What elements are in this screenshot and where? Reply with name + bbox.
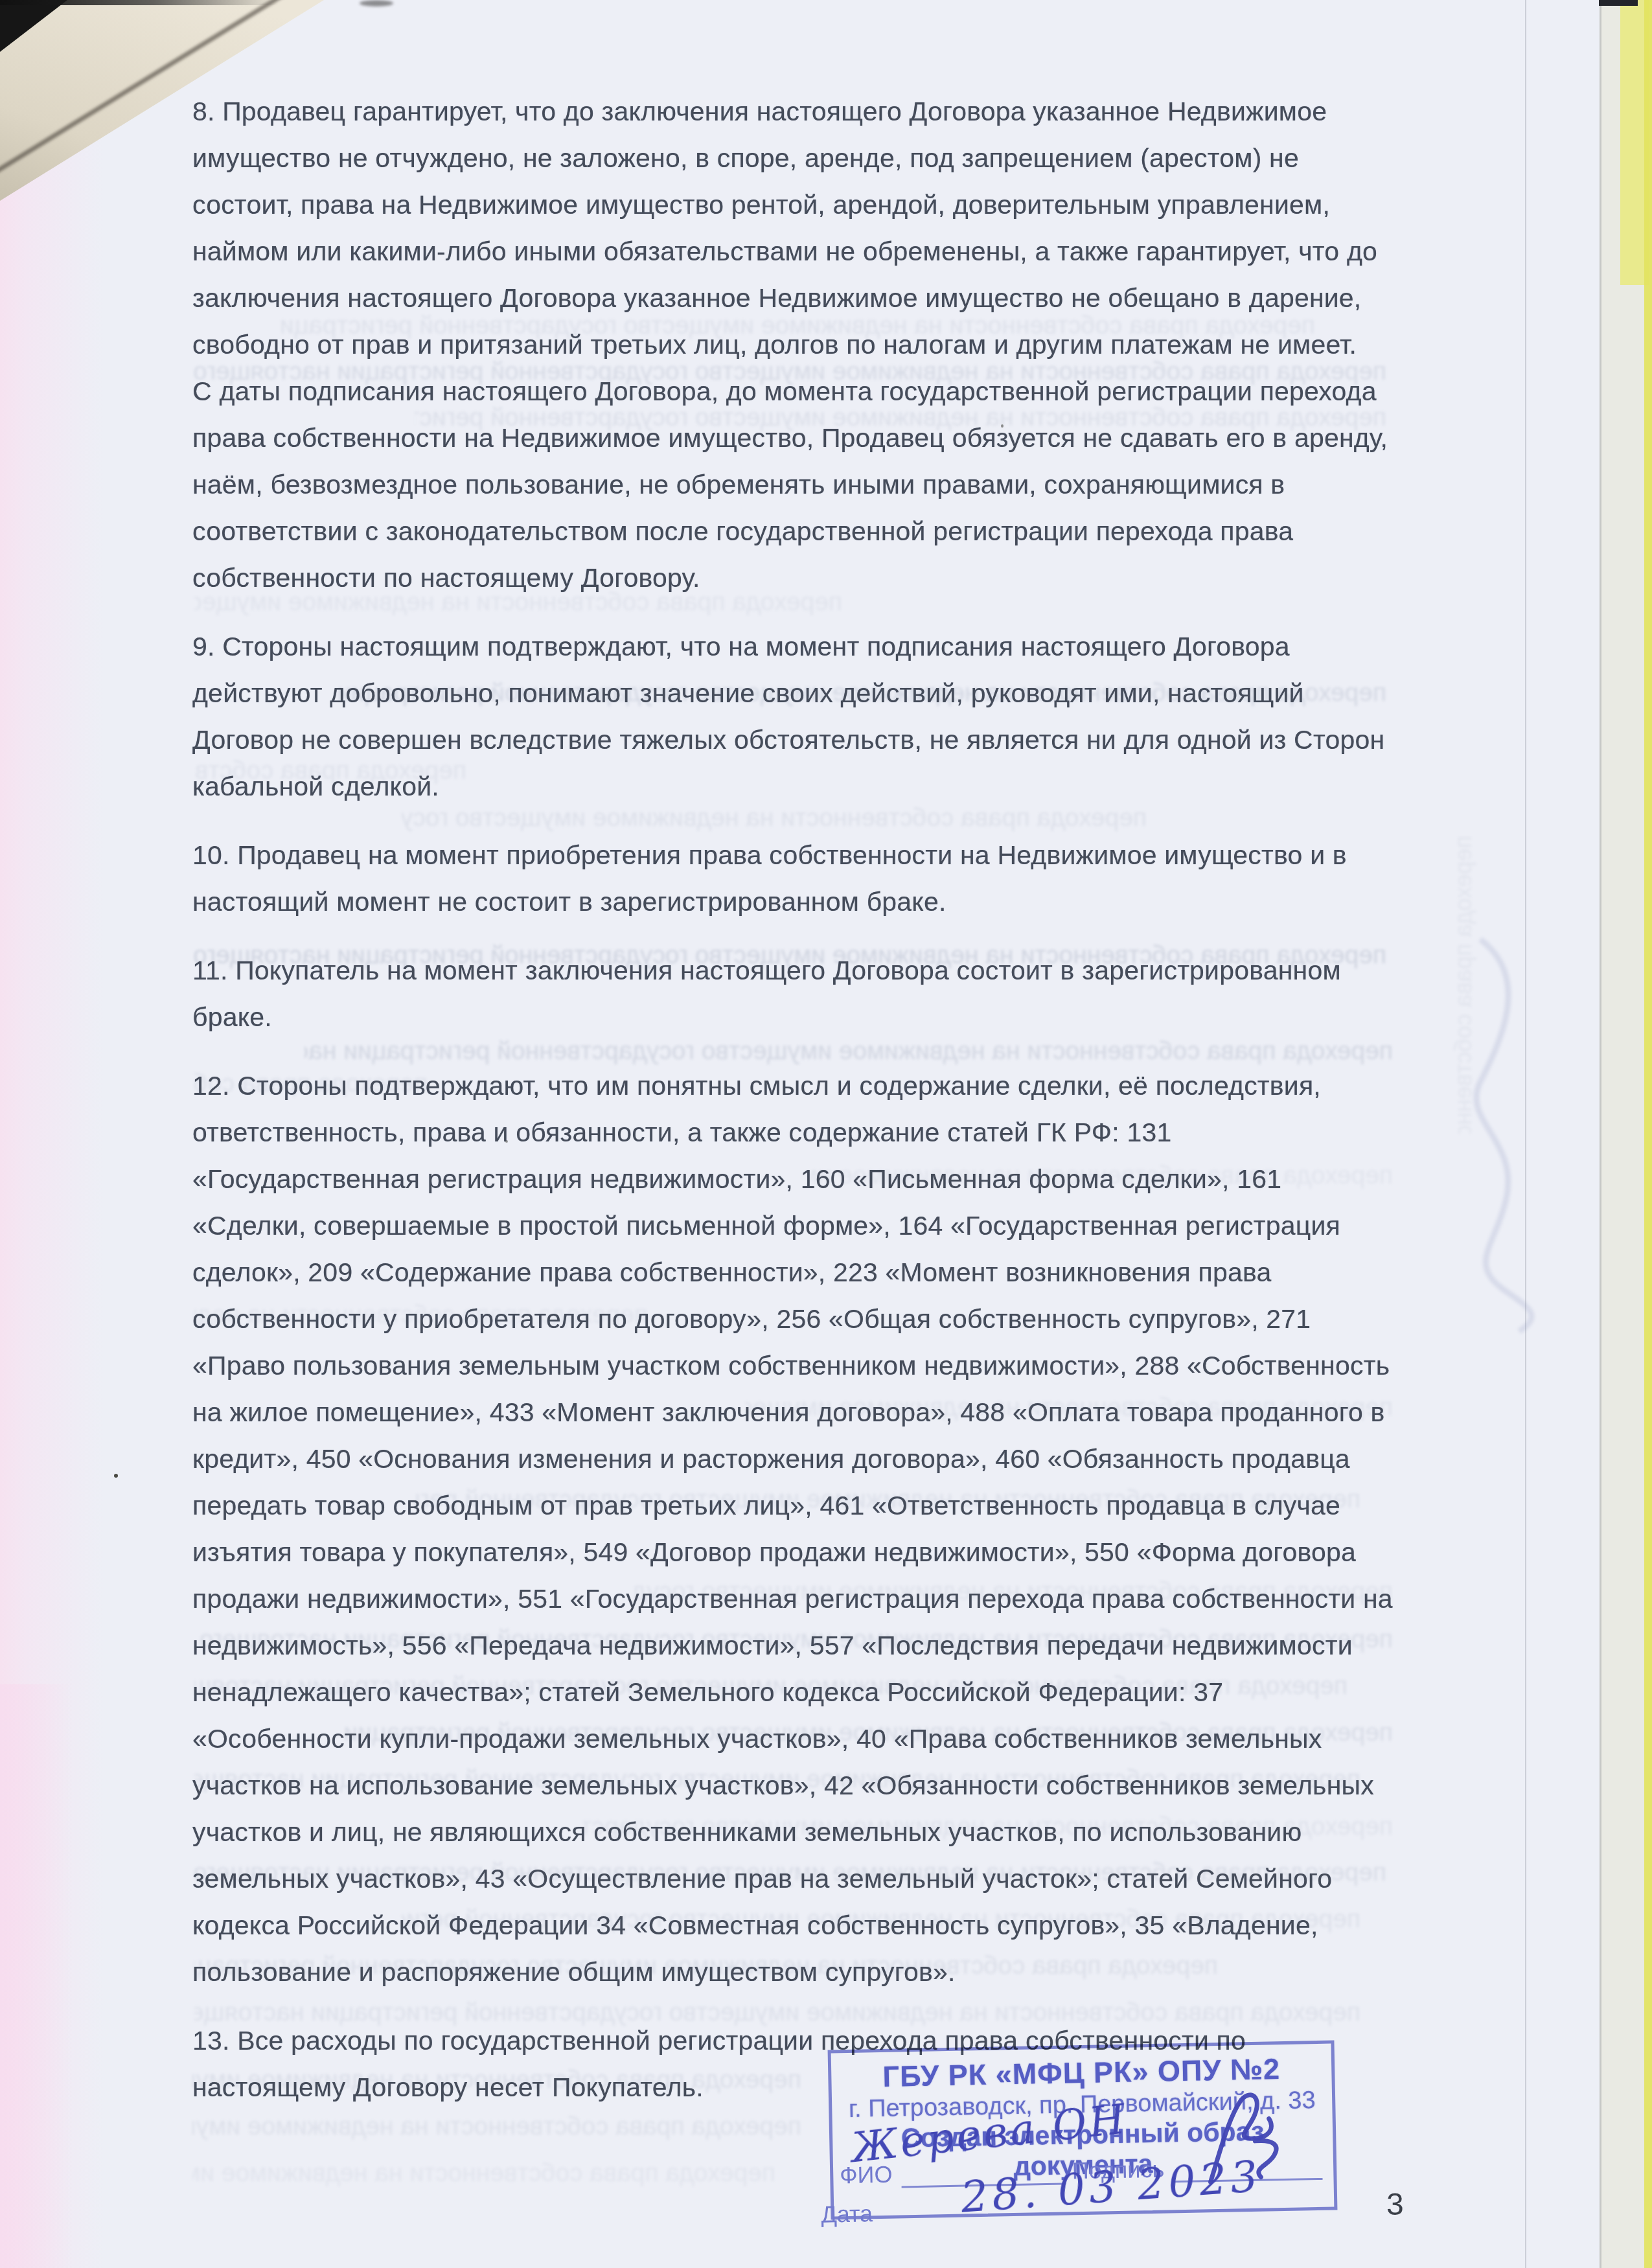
document-text-line: права собственности на Недвижимое имущес…	[192, 415, 1401, 461]
document-text-line: недвижимость», 556 «Передача недвижимост…	[192, 1622, 1401, 1669]
document-text-line: ненадлежащего качества»; статей Земельно…	[192, 1669, 1401, 1715]
dust-speck	[505, 1140, 508, 1143]
document-text-line: сделок», 209 «Содержание права собственн…	[192, 1249, 1401, 1296]
paper-edge-line	[1600, 0, 1601, 2268]
top-right-shadow-wedge	[1599, 0, 1638, 6]
document-text-line: кабальной сделкой.	[192, 763, 1401, 810]
document-text-line: 12. Стороны подтверждают, что им понятны…	[192, 1062, 1401, 1109]
handwritten-signature	[1189, 2090, 1302, 2189]
document-text-line: кредит», 450 «Основания изменения и раст…	[192, 1436, 1401, 1482]
document-text-line: соответствии с законодательством после г…	[192, 508, 1401, 555]
document-text-line: состоит, права на Недвижимое имущество р…	[192, 181, 1401, 228]
yellow-edge-strip	[1644, 0, 1652, 2268]
document-text-line: 8. Продавец гарантирует, что до заключен…	[192, 88, 1401, 135]
document-text-line: «Право пользования земельным участком со…	[192, 1342, 1401, 1389]
pink-scan-edge-bottom	[0, 1684, 78, 2268]
document-text-line: изъятия товара у покупателя», 549 «Догов…	[192, 1529, 1401, 1575]
document-text-line: собственности у приобретателя по договор…	[192, 1296, 1401, 1342]
document-text-line: наймом или какими-либо иными обязательст…	[192, 228, 1401, 275]
mfc-stamp: ГБУ РК «МФЦ РК» ОПУ №2 г. Петрозаводск, …	[828, 2041, 1338, 2220]
document-text-line: продажи недвижимости», 551 «Государствен…	[192, 1575, 1401, 1622]
document-text-line: «Особенности купли-продажи земельных уча…	[192, 1715, 1401, 1762]
top-edge-shadow	[0, 0, 279, 5]
document-text-line: 10. Продавец на момент приобретения прав…	[192, 832, 1401, 878]
document-text-line: имущество не отчуждено, не заложено, в с…	[192, 135, 1401, 181]
top-edge-smudge	[360, 0, 393, 6]
document-text-line: «Государственная регистрация недвижимост…	[192, 1156, 1401, 1202]
paragraph-9: 9. Стороны настоящим подтверждают, что н…	[192, 623, 1401, 810]
paragraph-12: 12. Стороны подтверждают, что им понятны…	[192, 1062, 1401, 1995]
document-text-line: на жилое помещение», 433 «Момент заключе…	[192, 1389, 1401, 1436]
vertical-bleedthrough-signature	[1441, 926, 1565, 1341]
document-text-line: 11. Покупатель на момент заключения наст…	[192, 947, 1401, 994]
bleedthrough-text-row: перехода права собственности на недвижим…	[192, 2157, 775, 2190]
scanned-contract-page: перехода права собственности на недвижим…	[0, 0, 1652, 2268]
document-text-line: передать товар свободным от прав третьих…	[192, 1482, 1401, 1529]
paragraph-8: 8. Продавец гарантирует, что до заключен…	[192, 88, 1401, 601]
document-text-line: участков на использование земельных учас…	[192, 1762, 1401, 1809]
contract-body-text: 8. Продавец гарантирует, что до заключен…	[192, 88, 1401, 2133]
document-text-line: настоящий момент не состоит в зарегистри…	[192, 878, 1401, 925]
document-text-line: браке.	[192, 994, 1401, 1040]
document-text-line: кодекса Российской Федерации 34 «Совмест…	[192, 1902, 1401, 1949]
document-text-line: «Сделки, совершаемые в простой письменно…	[192, 1202, 1401, 1249]
document-text-line: собственности по настоящему Договору.	[192, 555, 1401, 601]
page-number: 3	[1386, 2187, 1404, 2223]
document-text-line: 9. Стороны настоящим подтверждают, что н…	[192, 623, 1401, 670]
paragraph-10: 10. Продавец на момент приобретения прав…	[192, 832, 1401, 925]
document-text-line: пользование и распоряжение общим имущест…	[192, 1949, 1401, 1995]
paragraph-11: 11. Покупатель на момент заключения наст…	[192, 947, 1401, 1040]
stamp-date-label: Дата	[821, 2200, 873, 2228]
dust-speck	[1001, 424, 1004, 428]
document-text-line: земельных участков», 43 «Осуществление п…	[192, 1855, 1401, 1902]
date-underline	[882, 2219, 1327, 2227]
document-text-line: наём, безвозмездное пользование, не обре…	[192, 461, 1401, 508]
document-text-line: участков и лиц, не являющихся собственни…	[192, 1809, 1401, 1855]
document-text-line: ответственность, права и обязанности, а …	[192, 1109, 1401, 1156]
document-text-line: С даты подписания настоящего Договора, д…	[192, 368, 1401, 415]
document-text-line: свободно от прав и притязаний третьих ли…	[192, 321, 1401, 368]
document-text-line: заключения настоящего Договора указанное…	[192, 275, 1401, 321]
document-text-line: Договор не совершен вследствие тяжелых о…	[192, 716, 1401, 763]
document-text-line: действуют добровольно, понимают значение…	[192, 670, 1401, 716]
dust-speck	[114, 1474, 118, 1478]
